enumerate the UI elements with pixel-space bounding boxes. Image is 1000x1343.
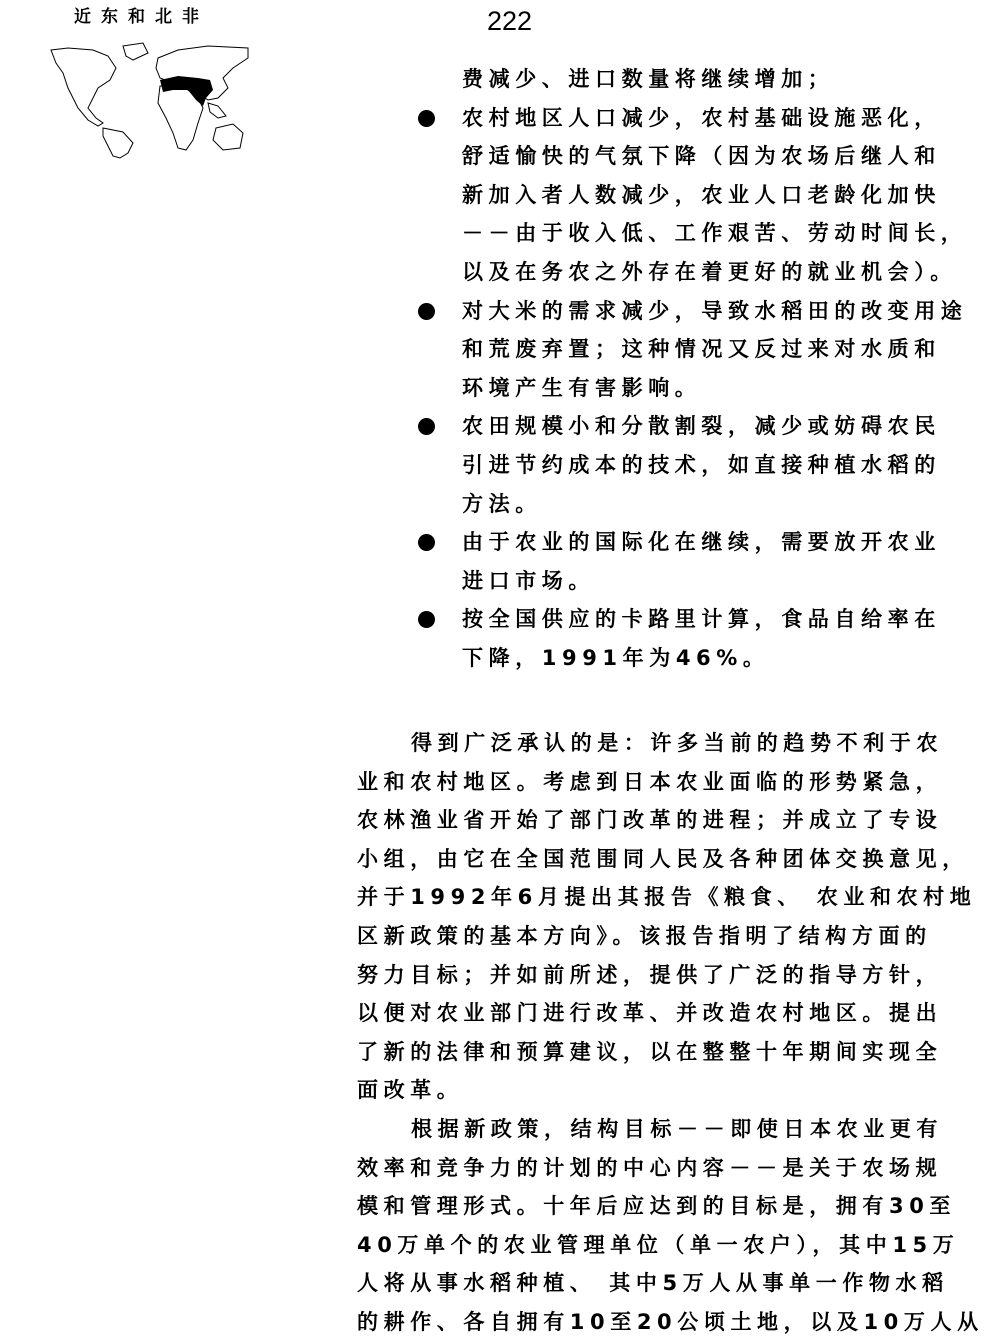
continued-line: 费减少、进口数量将继续增加； [412,60,972,99]
text-line: 业和农村地区。考虑到日本农业面临的形势紧急， [357,763,957,802]
bullet-item-internationalization: 由于农业的国际化在继续，需要放开农业 进口市场。 [412,523,972,600]
text-line: 了新的法律和预算建议，以在整整十年期间实现全 [357,1033,957,1072]
text-line: 并于1992年6月提出其报告《粮食、 农业和农村地 [357,878,957,917]
text-line: 面改革。 [357,1071,957,1110]
bullet-icon [418,418,435,435]
text-line: 对大米的需求减少，导致水稻田的改变用途 [462,292,972,331]
text-line: 小组，由它在全国范围同人民及各种团体交换意见， [357,840,957,879]
paragraph-reform-process: 得到广泛承认的是：许多当前的趋势不利于农 业和农村地区。考虑到日本农业面临的形势… [357,724,957,1110]
bullet-item-rice-demand: 对大米的需求减少，导致水稻田的改变用途 和荒废弃置；这种情况又反过来对水质和 环… [412,292,972,408]
text-line: 以便对农业部门进行改革、并改造农村地区。提出 [357,994,957,1033]
region-title: 近东和北非 [74,2,209,27]
text-line: 以及在务农之外存在着更好的就业机会）。 [462,253,972,292]
text-line: 新加入者人数减少，农业人口老龄化加快 [462,176,972,215]
text-line: 区新政策的基本方向》。该报告指明了结构方面的 [357,917,957,956]
bullet-icon [418,611,435,628]
text-line: 引进节约成本的技术，如直接种植水稻的 [462,446,972,485]
page-number: 222 [487,6,532,37]
bullet-list: 费减少、进口数量将继续增加； 农村地区人口减少，农村基础设施恶化， 舒适愉快的气… [412,60,972,678]
bullet-item-self-sufficiency: 按全国供应的卡路里计算，食品自给率在 下降，1991年为46%。 [412,600,972,677]
text-line: 人将从事水稻种植、 其中5万人从事单一作物水稻 [357,1264,957,1303]
text-line: 效率和竞争力的计划的中心内容－－是关于农场规 [357,1149,957,1188]
text-line: 努力目标；并如前所述，提供了广泛的指导方针， [357,956,957,995]
bullet-icon [418,110,435,127]
text-line: 模和管理形式。十年后应达到的目标是，拥有30至 [357,1187,957,1226]
bullet-item-rural-decline: 农村地区人口减少，农村基础设施恶化， 舒适愉快的气氛下降（因为农场后继人和 新加… [412,99,972,292]
text-line: 农村地区人口减少，农村基础设施恶化， [462,99,972,138]
text-line: 得到广泛承认的是：许多当前的趋势不利于农 [357,724,957,763]
text-line: 进口市场。 [462,562,972,601]
text-line: 按全国供应的卡路里计算，食品自给率在 [462,600,972,639]
bullet-icon [418,534,435,551]
text-line: 农田规模小和分散割裂，减少或妨碍农民 [462,407,972,446]
text-line: 方法。 [462,485,972,524]
paragraph-structural-goals: 根据新政策，结构目标－－即使日本农业更有 效率和竞争力的计划的中心内容－－是关于… [357,1110,957,1342]
text-line: 下降，1991年为46%。 [462,639,972,678]
text-line: 农林渔业省开始了部门改革的进程；并成立了专设 [357,801,957,840]
text-line: 的耕作、各自拥有10至20公顷土地，以及10万人从 [357,1303,957,1342]
text-line: 和荒废弃置；这种情况又反过来对水质和 [462,330,972,369]
body-text: 得到广泛承认的是：许多当前的趋势不利于农 业和农村地区。考虑到日本农业面临的形势… [357,724,957,1342]
text-line: 根据新政策，结构目标－－即使日本农业更有 [357,1110,957,1149]
text-line: 由于农业的国际化在继续，需要放开农业 [462,523,972,562]
world-map-icon [48,28,253,160]
bullet-icon [418,303,435,320]
text-line: 环境产生有害影响。 [462,369,972,408]
bullet-item-farm-size: 农田规模小和分散割裂，减少或妨碍农民 引进节约成本的技术，如直接种植水稻的 方法… [412,407,972,523]
text-line: 舒适愉快的气氛下降（因为农场后继人和 [462,137,972,176]
text-line: －－由于收入低、工作艰苦、劳动时间长， [462,214,972,253]
text-line: 40万单个的农业管理单位（单一农户），其中15万 [357,1226,957,1265]
